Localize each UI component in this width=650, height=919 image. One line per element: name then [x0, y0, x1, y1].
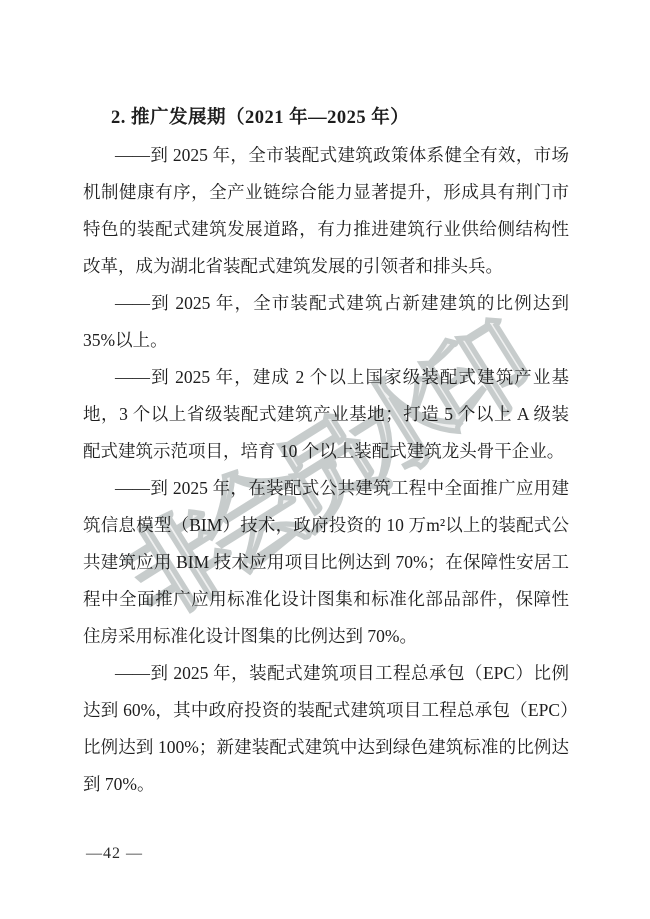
body-paragraph: ——到 2025 年，全市装配式建筑政策体系健全有效，市场机制健康有序，全产业链… — [83, 137, 569, 285]
section-heading: 2. 推广发展期（2021 年—2025 年） — [83, 100, 569, 137]
body-paragraph: ——到 2025 年，建成 2 个以上国家级装配式建筑产业基地，3 个以上省级装… — [83, 359, 569, 470]
document-body: 2. 推广发展期（2021 年—2025 年） ——到 2025 年，全市装配式… — [83, 100, 569, 803]
body-paragraph: ——到 2025 年，装配式建筑项目工程总承包（EPC）比例达到 60%，其中政… — [83, 655, 569, 803]
body-paragraph: ——到 2025 年，在装配式公共建筑工程中全面推广应用建筑信息模型（BIM）技… — [83, 470, 569, 655]
page-number: —42 — — [86, 845, 143, 863]
document-page: 非会员水印 2. 推广发展期（2021 年—2025 年） ——到 2025 年… — [0, 0, 650, 919]
body-paragraph: ——到 2025 年，全市装配式建筑占新建建筑的比例达到 35%以上。 — [83, 285, 569, 359]
